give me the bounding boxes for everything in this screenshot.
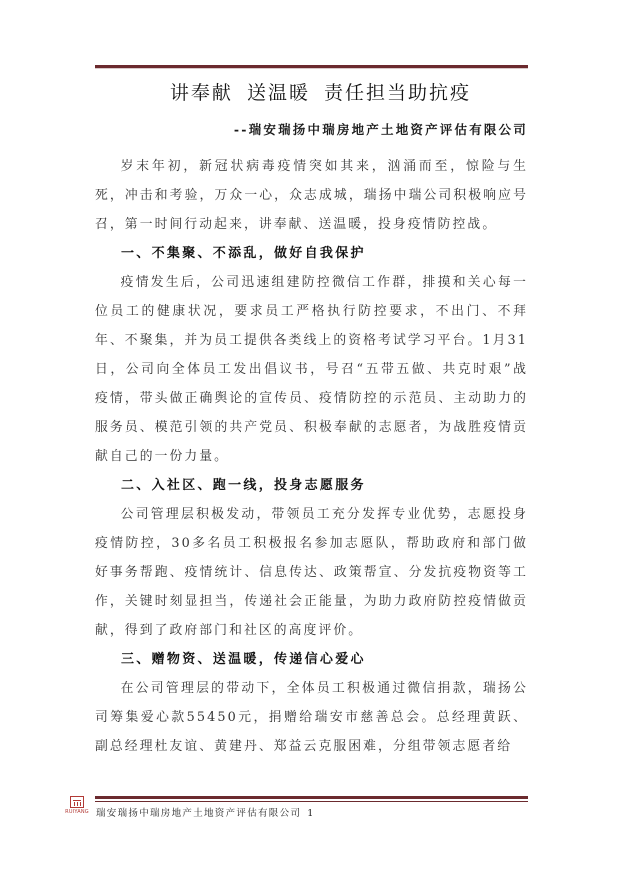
section-heading-3: 三、赠物资、送温暖，传递信心爱心 (95, 645, 528, 674)
title-part: 送温暖 (247, 82, 310, 104)
footer-company: 瑞安瑞扬中瑞房地产土地资产评估有限公司 (96, 808, 301, 819)
paragraph-section-2: 公司管理层积极发动，带领员工充分发挥专业优势，志愿投身疫情防控，30多名员工积极… (95, 500, 528, 645)
section-heading-1: 一、不集聚、不添乱，做好自我保护 (95, 239, 528, 268)
footer-rule-thin (95, 801, 528, 802)
title-part: 讲奉献 (170, 82, 233, 104)
paragraph-section-3: 在公司管理层的带动下，全体员工积极通过微信捐款，瑞扬公司筹集爱心款55450元，… (95, 674, 528, 761)
title-part: 责任担当助抗疫 (324, 82, 471, 104)
document-subtitle: --瑞安瑞扬中瑞房地产土地资产评估有限公司 (234, 120, 528, 138)
page-number: 1 (307, 808, 314, 819)
paragraph-section-1: 疫情发生后，公司迅速组建防控微信工作群，排摸和关心每一位员工的健康状况，要求员工… (95, 268, 528, 471)
section-heading-2: 二、入社区、跑一线，投身志愿服务 (95, 471, 528, 500)
footer-rule (95, 796, 528, 799)
logo-brand-text: RUIYANG (65, 809, 89, 815)
paragraph-intro: 岁末年初，新冠状病毒疫情突如其来，汹涌而至，惊险与生死，冲击和考验，万众一心，众… (95, 152, 528, 239)
document-title: 讲奉献 送温暖 责任担当助抗疫 (0, 78, 621, 105)
company-logo: RUIYANG (64, 795, 90, 821)
header-rule (95, 65, 528, 68)
logo-mark-icon (70, 796, 84, 808)
footer: 瑞安瑞扬中瑞房地产土地资产评估有限公司1 (96, 805, 315, 819)
document-body: 岁末年初，新冠状病毒疫情突如其来，汹涌而至，惊险与生死，冲击和考验，万众一心，众… (95, 152, 528, 761)
